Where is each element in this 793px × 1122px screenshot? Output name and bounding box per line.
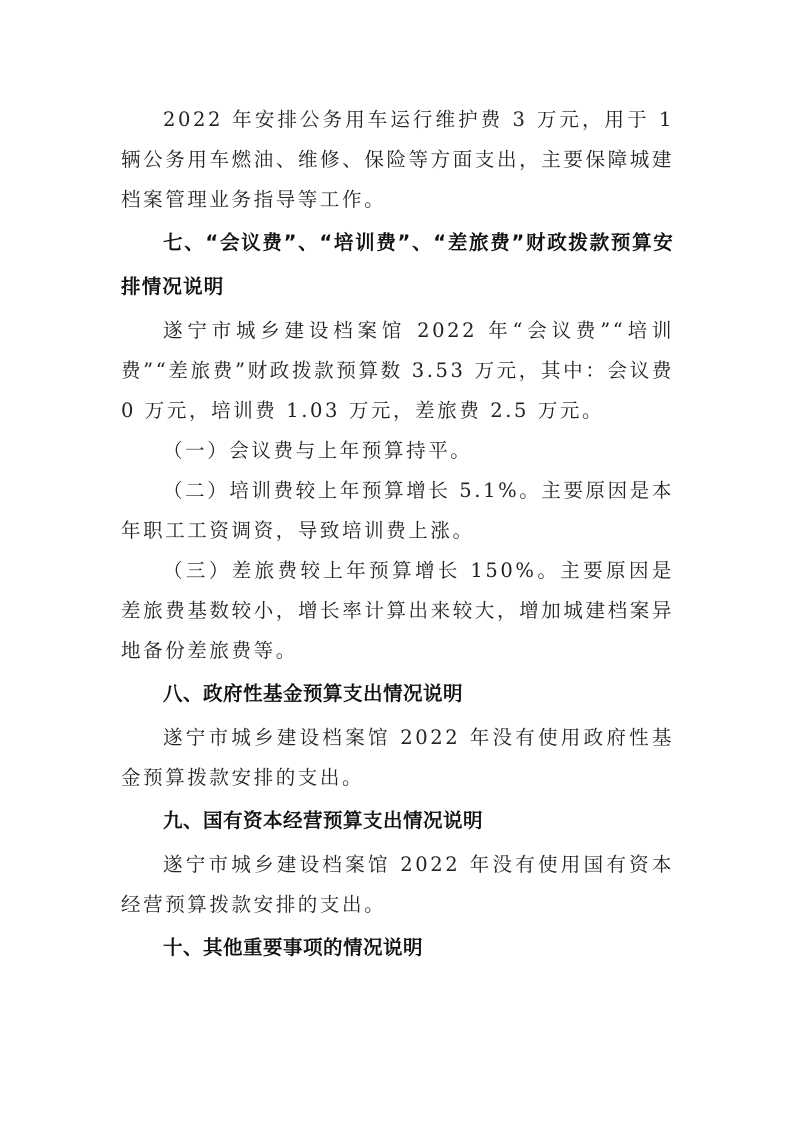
heading-section-7: 七、“会议费”、“培训费”、“差旅费”财政拨款预算安排情况说明	[121, 221, 674, 309]
paragraph-travel-fee: （三）差旅费较上年预算增长 150%。主要原因是差旅费基数较小，增长率计算出来较…	[121, 551, 674, 671]
paragraph-state-capital: 遂宁市城乡建设档案馆 2022 年没有使用国有资本经营预算拨款安排的支出。	[121, 845, 674, 925]
paragraph-vehicle-maintenance: 2022 年安排公务用车运行维护费 3 万元，用于 1 辆公务用车燃油、维修、保…	[121, 100, 674, 220]
paragraph-meeting-fee: （一）会议费与上年预算持平。	[121, 431, 674, 471]
heading-section-9: 九、国有资本经营预算支出情况说明	[121, 799, 674, 843]
document-page: 2022 年安排公务用车运行维护费 3 万元，用于 1 辆公务用车燃油、维修、保…	[121, 100, 674, 972]
paragraph-government-fund: 遂宁市城乡建设档案馆 2022 年没有使用政府性基金预算拨款安排的支出。	[121, 718, 674, 798]
heading-section-10: 十、其他重要事项的情况说明	[121, 926, 674, 970]
heading-section-8: 八、政府性基金预算支出情况说明	[121, 672, 674, 716]
paragraph-three-fees-budget: 遂宁市城乡建设档案馆 2022 年“会议费”“培训费”“差旅费”财政拨款预算数 …	[121, 311, 674, 431]
paragraph-training-fee: （二）培训费较上年预算增长 5.1%。主要原因是本年职工工资调资，导致培训费上涨…	[121, 471, 674, 551]
